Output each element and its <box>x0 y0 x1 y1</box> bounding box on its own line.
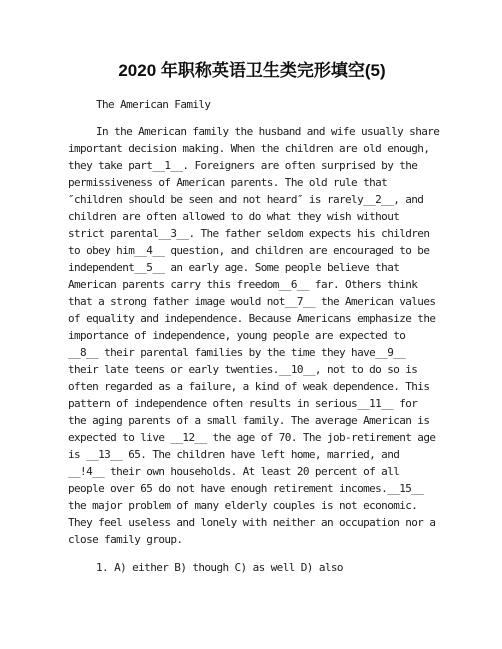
passage-line: __!4__ their own households. At least 20… <box>68 463 436 480</box>
passage-line: independent__5__ an early age. Some peop… <box>68 259 436 276</box>
passage-line: of equality and independence. Because Am… <box>68 310 436 327</box>
passage-line: they take part__1__. Foreigners are ofte… <box>68 157 436 174</box>
passage-line: pattern of independence often results in… <box>68 395 436 412</box>
passage-line: the aging parents of a small family. The… <box>68 412 436 429</box>
document-page: 2020 年职称英语卫生类完形填空(5) The American Family… <box>0 0 502 649</box>
passage-line: __8__ their parental families by the tim… <box>68 344 436 361</box>
passage-line: their late teens or early twenties.__10_… <box>68 361 436 378</box>
question-1-options: 1. A) either B) though C) as well D) als… <box>68 559 436 576</box>
passage-line: American parents carry this freedom__6__… <box>68 276 436 293</box>
passage-line: often regarded as a failure, a kind of w… <box>68 378 436 395</box>
passage-body: In the American family the husband and w… <box>68 123 436 548</box>
passage-line: people over 65 do not have enough retire… <box>68 480 436 497</box>
page-title: 2020 年职称英语卫生类完形填空(5) <box>68 58 436 84</box>
passage-line: the major problem of many elderly couple… <box>68 497 436 514</box>
passage-line: close family group. <box>68 531 436 548</box>
passage-line: ″children should be seen and not heard″ … <box>68 191 436 208</box>
passage-line: expected to live __12__ the age of 70. T… <box>68 429 436 446</box>
passage-line: importance of independence, young people… <box>68 327 436 344</box>
passage-line: They feel useless and lonely with neithe… <box>68 514 436 531</box>
passage-line: strict parental__3__. The father seldom … <box>68 225 436 242</box>
passage-line: In the American family the husband and w… <box>68 123 436 140</box>
passage-line: to obey him__4__ question, and children … <box>68 242 436 259</box>
passage-line: is __13__ 65. The children have left hom… <box>68 446 436 463</box>
passage-line: children are often allowed to do what th… <box>68 208 436 225</box>
passage-line: important decision making. When the chil… <box>68 140 436 157</box>
passage-line: that a strong father image would not__7_… <box>68 293 436 310</box>
passage-line: permissiveness of American parents. The … <box>68 174 436 191</box>
passage-heading: The American Family <box>68 96 436 113</box>
